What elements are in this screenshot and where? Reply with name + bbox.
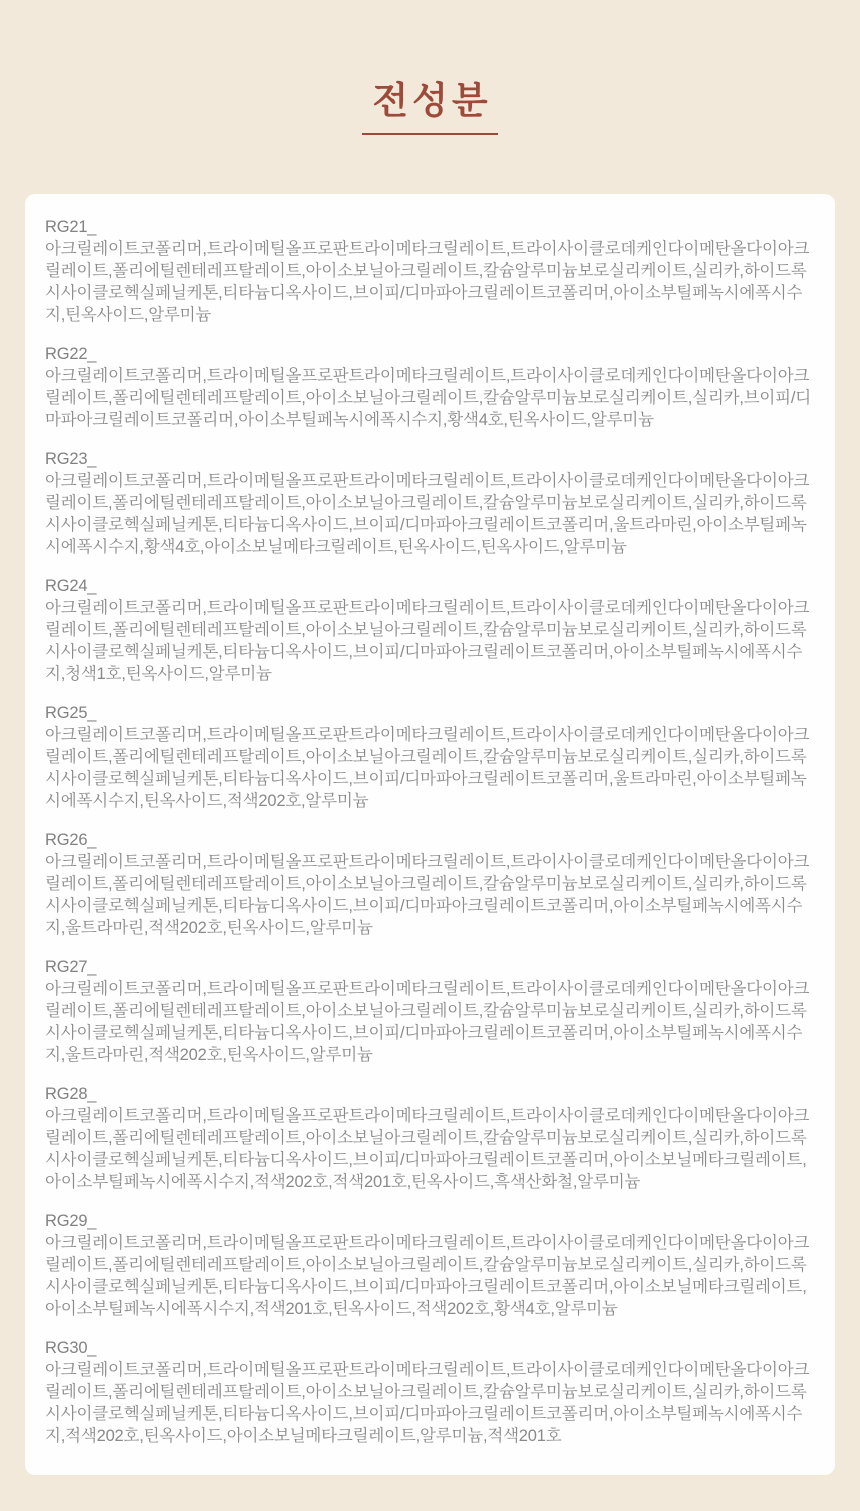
ingredient-block-rg29: RG29_ 아크릴레이트코폴리머,트라이메틸올프로판트라이메타크릴레이트,트라이… — [45, 1210, 817, 1320]
ingredient-text: 아크릴레이트코폴리머,트라이메틸올프로판트라이메타크릴레이트,트라이사이클로데케… — [45, 1232, 817, 1320]
ingredient-block-rg27: RG27_ 아크릴레이트코폴리머,트라이메틸올프로판트라이메타크릴레이트,트라이… — [45, 956, 817, 1066]
product-code: RG25_ — [45, 702, 817, 724]
ingredient-text: 아크릴레이트코폴리머,트라이메틸올프로판트라이메타크릴레이트,트라이사이클로데케… — [45, 238, 817, 326]
page-title: 전성분 — [362, 70, 497, 135]
product-code: RG27_ — [45, 956, 817, 978]
ingredient-block-rg24: RG24_ 아크릴레이트코폴리머,트라이메틸올프로판트라이메타크릴레이트,트라이… — [45, 575, 817, 685]
ingredients-card: RG21_ 아크릴레이트코폴리머,트라이메틸올프로판트라이메타크릴레이트,트라이… — [25, 194, 835, 1475]
ingredient-block-rg28: RG28_ 아크릴레이트코폴리머,트라이메틸올프로판트라이메타크릴레이트,트라이… — [45, 1083, 817, 1193]
product-code: RG30_ — [45, 1337, 817, 1359]
ingredient-text: 아크릴레이트코폴리머,트라이메틸올프로판트라이메타크릴레이트,트라이사이클로데케… — [45, 470, 817, 558]
ingredient-block-rg21: RG21_ 아크릴레이트코폴리머,트라이메틸올프로판트라이메타크릴레이트,트라이… — [45, 216, 817, 326]
product-code: RG24_ — [45, 575, 817, 597]
ingredient-block-rg22: RG22_ 아크릴레이트코폴리머,트라이메틸올프로판트라이메타크릴레이트,트라이… — [45, 343, 817, 431]
product-code: RG29_ — [45, 1210, 817, 1232]
product-code: RG22_ — [45, 343, 817, 365]
ingredient-text: 아크릴레이트코폴리머,트라이메틸올프로판트라이메타크릴레이트,트라이사이클로데케… — [45, 851, 817, 939]
product-code: RG26_ — [45, 829, 817, 851]
ingredient-text: 아크릴레이트코폴리머,트라이메틸올프로판트라이메타크릴레이트,트라이사이클로데케… — [45, 978, 817, 1066]
ingredient-block-rg26: RG26_ 아크릴레이트코폴리머,트라이메틸올프로판트라이메타크릴레이트,트라이… — [45, 829, 817, 939]
product-code: RG23_ — [45, 448, 817, 470]
ingredient-block-rg23: RG23_ 아크릴레이트코폴리머,트라이메틸올프로판트라이메타크릴레이트,트라이… — [45, 448, 817, 558]
ingredient-text: 아크릴레이트코폴리머,트라이메틸올프로판트라이메타크릴레이트,트라이사이클로데케… — [45, 724, 817, 812]
ingredient-block-rg30: RG30_ 아크릴레이트코폴리머,트라이메틸올프로판트라이메타크릴레이트,트라이… — [45, 1337, 817, 1447]
ingredient-text: 아크릴레이트코폴리머,트라이메틸올프로판트라이메타크릴레이트,트라이사이클로데케… — [45, 1359, 817, 1447]
ingredient-text: 아크릴레이트코폴리머,트라이메틸올프로판트라이메타크릴레이트,트라이사이클로데케… — [45, 597, 817, 685]
ingredient-text: 아크릴레이트코폴리머,트라이메틸올프로판트라이메타크릴레이트,트라이사이클로데케… — [45, 1105, 817, 1193]
product-code: RG21_ — [45, 216, 817, 238]
title-section: 전성분 — [0, 0, 860, 135]
ingredient-text: 아크릴레이트코폴리머,트라이메틸올프로판트라이메타크릴레이트,트라이사이클로데케… — [45, 365, 817, 431]
product-code: RG28_ — [45, 1083, 817, 1105]
ingredient-block-rg25: RG25_ 아크릴레이트코폴리머,트라이메틸올프로판트라이메타크릴레이트,트라이… — [45, 702, 817, 812]
